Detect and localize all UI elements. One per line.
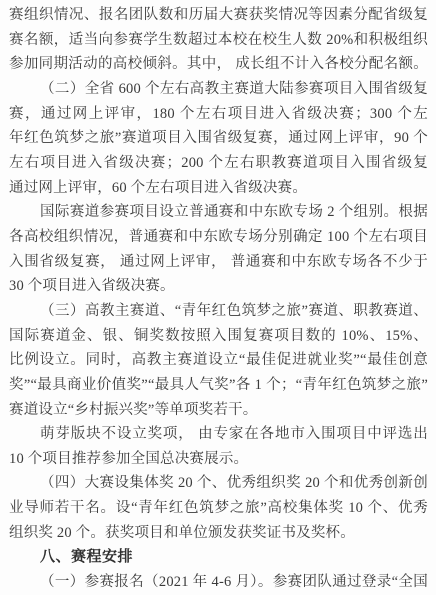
- text-line: 30 个项目进入省级决赛。: [9, 274, 428, 299]
- text-line: 国际赛道金、银、铜奖数按照入围复赛项目数的 10%、15%、25%: [9, 324, 428, 349]
- text-line: 国际赛道参赛项目设立普通赛和中东欧专场 2 个组别。根据: [9, 200, 428, 225]
- text-line: 年红色筑梦之旅”赛道项目入围省级复赛，通过网上评审，90 个: [9, 126, 428, 151]
- text-line: （三）高教主赛道、“青年红色筑梦之旅”赛道、职教赛道、: [9, 299, 428, 324]
- text-line: （四）大赛设集体奖 20 个、优秀组织奖 20 个和优秀创新创: [9, 471, 428, 496]
- text-line: 赛，通过网上评审，180 个左右项目进入省级决赛；300 个左右“青: [9, 102, 428, 127]
- text-line: 赛道设立“乡村振兴奖”等单项奖若干。: [9, 398, 428, 423]
- text-line: （二）全省 600 个左右高教主赛道大陆参赛项目入围省级复: [9, 77, 428, 102]
- text-line: 赛组织情况、报名团队数和历届大赛获奖情况等因素分配省级复: [9, 3, 428, 28]
- text-line: 比例设立。同时，高教主赛道设立“最佳促进就业奖”“最佳创意: [9, 348, 428, 373]
- text-line: 左右项目进入省级决赛；200 个左右职教赛道项目入围省级复赛，: [9, 151, 428, 176]
- text-line: 业导师若干名。设“青年红色筑梦之旅”高校集体奖 10 个、优秀: [9, 496, 428, 521]
- text-line: 参加同期活动的高校倾斜。其中， 成长组不计入各校分配名额。: [9, 52, 428, 77]
- text-line: 通过网上评审，60 个左右项目进入省级决赛。: [9, 176, 428, 201]
- document-body: 赛组织情况、报名团队数和历届大赛获奖情况等因素分配省级复赛名额，适当向参赛学生数…: [9, 3, 428, 595]
- text-line: 10 个项目推荐参加全国总决赛展示。: [9, 447, 428, 472]
- text-line: 奖”“最具商业价值奖”“最具人气奖”各 1 个；“青年红色筑梦之旅”: [9, 373, 428, 398]
- text-line: 各高校组织情况，普通赛和中东欧专场分别确定 100 个左右项目: [9, 225, 428, 250]
- text-line: （一）参赛报名（2021 年 4-6 月）。参赛团队通过登录“全国: [9, 570, 428, 595]
- text-line: 入围省级复赛， 通过网上评审， 普通赛和中东欧专场各不少于: [9, 250, 428, 275]
- document-page: 赛组织情况、报名团队数和历届大赛获奖情况等因素分配省级复赛名额，适当向参赛学生数…: [0, 0, 436, 595]
- text-line: 组织奖 20 个。获奖项目和单位颁发获奖证书及奖杯。: [9, 521, 428, 546]
- text-line: 赛名额，适当向参赛学生数超过本校在校生人数 20%和积极组织: [9, 28, 428, 53]
- text-line: 萌芽版块不设立奖项， 由专家在各地市入围项目中评选出: [9, 422, 428, 447]
- section-heading: 八、赛程安排: [9, 545, 428, 570]
